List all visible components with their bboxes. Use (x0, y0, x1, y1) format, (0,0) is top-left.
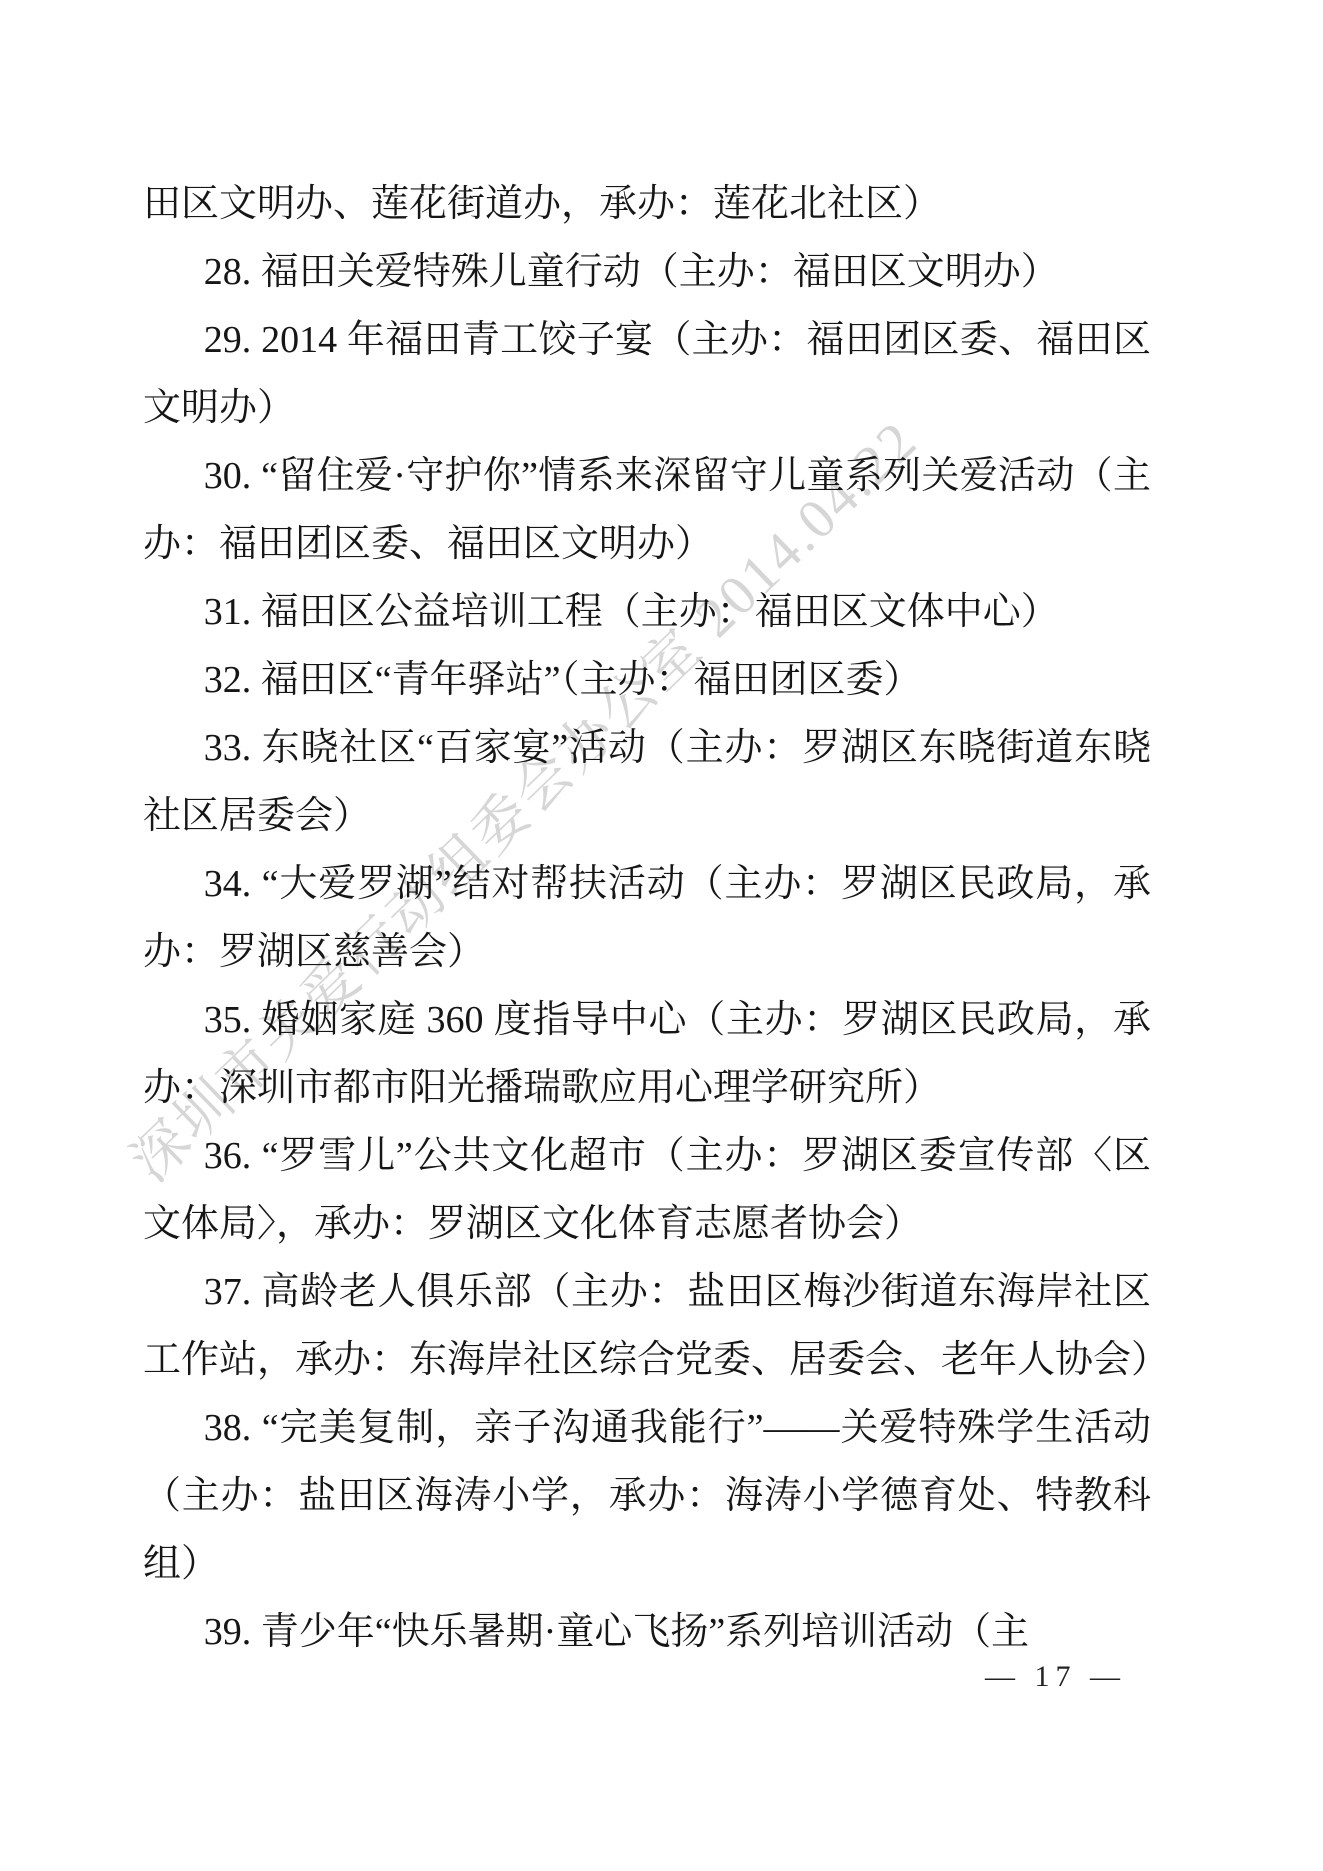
list-item-39: 39. 青少年“快乐暑期·童心飞扬”系列培训活动（主 (143, 1598, 1151, 1666)
list-item-38: 38. “完美复制，亲子沟通我能行”——关爱特殊学生活动（主办：盐田区海涛小学，… (143, 1394, 1151, 1598)
list-item-30: 30. “留住爱·守护你”情系来深留守儿童系列关爱活动（主办：福田团区委、福田区… (143, 442, 1151, 578)
page-number: — 17 — (985, 1660, 1126, 1694)
list-item-31: 31. 福田区公益培训工程（主办：福田区文体中心） (143, 578, 1151, 646)
list-item-36: 36. “罗雪儿”公共文化超市（主办：罗湖区委宣传部〈区文体局〉，承办：罗湖区文… (143, 1122, 1151, 1258)
list-item-35: 35. 婚姻家庭 360 度指导中心（主办：罗湖区民政局，承办：深圳市都市阳光播… (143, 986, 1151, 1122)
continuation-line: 田区文明办、莲花街道办，承办：莲花北社区） (143, 170, 1151, 238)
list-item-32: 32. 福田区“青年驿站”（主办：福田团区委） (143, 646, 1151, 714)
list-item-29: 29. 2014 年福田青工饺子宴（主办：福田团区委、福田区文明办） (143, 306, 1151, 442)
document-body: 田区文明办、莲花街道办，承办：莲花北社区） 28. 福田关爱特殊儿童行动（主办：… (143, 170, 1151, 1666)
list-item-34: 34. “大爱罗湖”结对帮扶活动（主办：罗湖区民政局，承办：罗湖区慈善会） (143, 850, 1151, 986)
list-item-37: 37. 高龄老人俱乐部（主办：盐田区梅沙街道东海岸社区工作站，承办：东海岸社区综… (143, 1258, 1151, 1394)
document-page: 深圳市关爱行动组委会办公室 2014.04.22 田区文明办、莲花街道办，承办：… (0, 0, 1323, 1871)
list-item-33: 33. 东晓社区“百家宴”活动（主办：罗湖区东晓街道东晓社区居委会） (143, 714, 1151, 850)
list-item-28: 28. 福田关爱特殊儿童行动（主办：福田区文明办） (143, 238, 1151, 306)
